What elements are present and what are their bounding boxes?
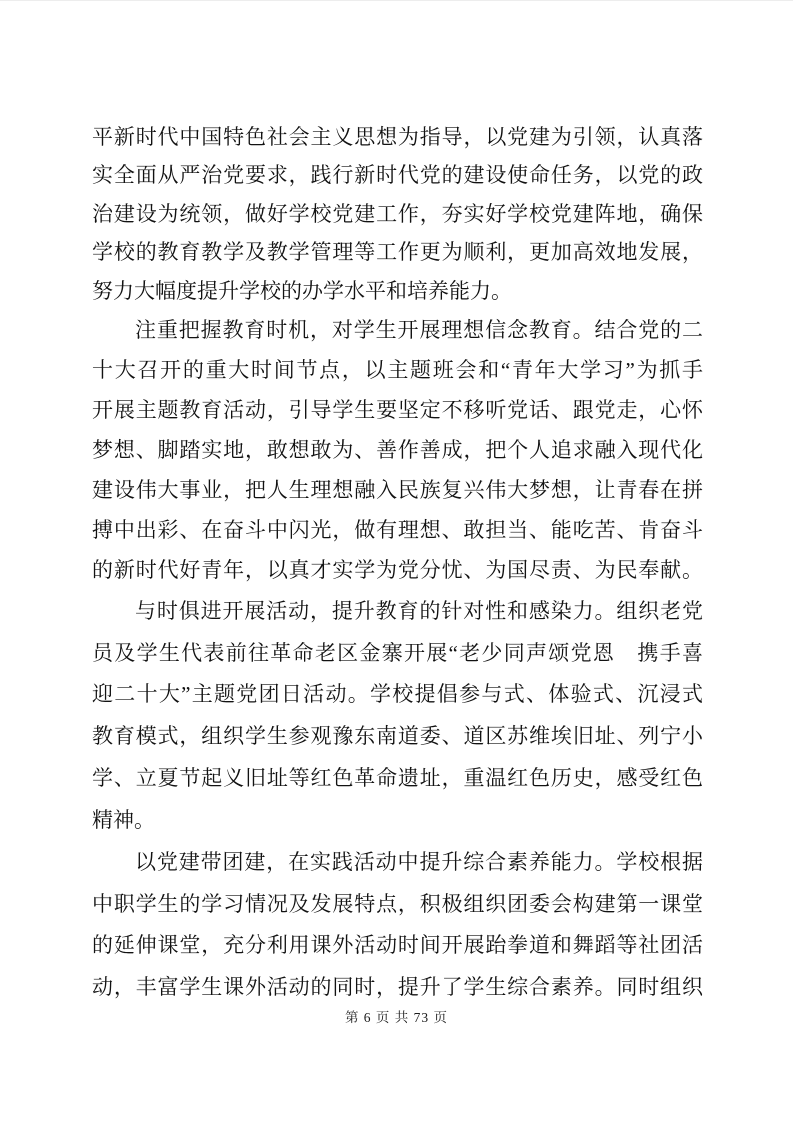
text-line: 教育模式，组织学生参观豫东南道委、道区苏维埃旧址、列宁小 — [92, 716, 703, 758]
text-line: 与时俱进开展活动，提升教育的针对性和感染力。组织老党 — [92, 591, 703, 633]
page-footer: 第 6 页 共 73 页 — [0, 1008, 793, 1028]
text-line: 学、立夏节起义旧址等红色革命遗址，重温红色历史，感受红色 — [92, 758, 703, 800]
paragraph-red-heritage-activities: 与时俱进开展活动，提升教育的针对性和感染力。组织老党 员及学生代表前往革命老区金… — [92, 591, 703, 841]
paragraph-league-building: 以党建带团建，在实践活动中提升综合素养能力。学校根据 中职学生的学习情况及发展特… — [92, 842, 703, 1009]
text-line: 的新时代好青年，以真才实学为党分忧、为国尽责、为民奉献。 — [92, 550, 703, 590]
text-line: 努力大幅度提升学校的办学水平和培养能力。 — [92, 272, 703, 310]
text-line: 开展主题教育活动，引导学生要坚定不移听党话、跟党走，心怀 — [92, 390, 703, 430]
text-line: 的延伸课堂，充分利用课外活动时间开展跆拳道和舞蹈等社团活 — [92, 925, 703, 967]
text-line: 建设伟大事业，把人生理想融入民族复兴伟大梦想，让青春在拼 — [92, 470, 703, 510]
text-line: 十大召开的重大时间节点，以主题班会和“青年大学习”为抓手 — [92, 350, 703, 390]
text-line: 动，丰富学生课外活动的同时，提升了学生综合素养。同时组织 — [92, 967, 703, 1009]
text-line: 学校的教育教学及教学管理等工作更为顺利，更加高效地发展， — [92, 233, 703, 271]
text-line: 平新时代中国特色社会主义思想为指导，以党建为引领，认真落 — [92, 118, 703, 156]
text-line: 精神。 — [92, 800, 703, 842]
text-line: 梦想、脚踏实地，敢想敢为、善作善成，把个人追求融入现代化 — [92, 430, 703, 470]
text-line: 实全面从严治党要求，践行新时代党的建设使命任务，以党的政 — [92, 156, 703, 194]
paragraph-continuation: 平新时代中国特色社会主义思想为指导，以党建为引领，认真落 实全面从严治党要求，践… — [92, 118, 703, 310]
text-line: 搏中出彩、在奋斗中闪光，做有理想、敢担当、能吃苦、肯奋斗 — [92, 510, 703, 550]
text-line: 迎二十大”主题党团日活动。学校提倡参与式、体验式、沉浸式 — [92, 674, 703, 716]
text-line: 员及学生代表前往革命老区金寨开展“老少同声颂党恩 携手喜 — [92, 633, 703, 675]
document-page: 平新时代中国特色社会主义思想为指导，以党建为引领，认真落 实全面从严治党要求，践… — [0, 0, 793, 1122]
text-line: 以党建带团建，在实践活动中提升综合素养能力。学校根据 — [92, 842, 703, 884]
paragraph-ideal-belief-education: 注重把握教育时机，对学生开展理想信念教育。结合党的二 十大召开的重大时间节点，以… — [92, 310, 703, 590]
text-line: 治建设为统领，做好学校党建工作，夯实好学校党建阵地，确保 — [92, 195, 703, 233]
page-number: 第 6 页 共 73 页 — [345, 1010, 448, 1025]
text-line: 注重把握教育时机，对学生开展理想信念教育。结合党的二 — [92, 310, 703, 350]
text-line: 中职学生的学习情况及发展特点，积极组织团委会构建第一课堂 — [92, 884, 703, 926]
